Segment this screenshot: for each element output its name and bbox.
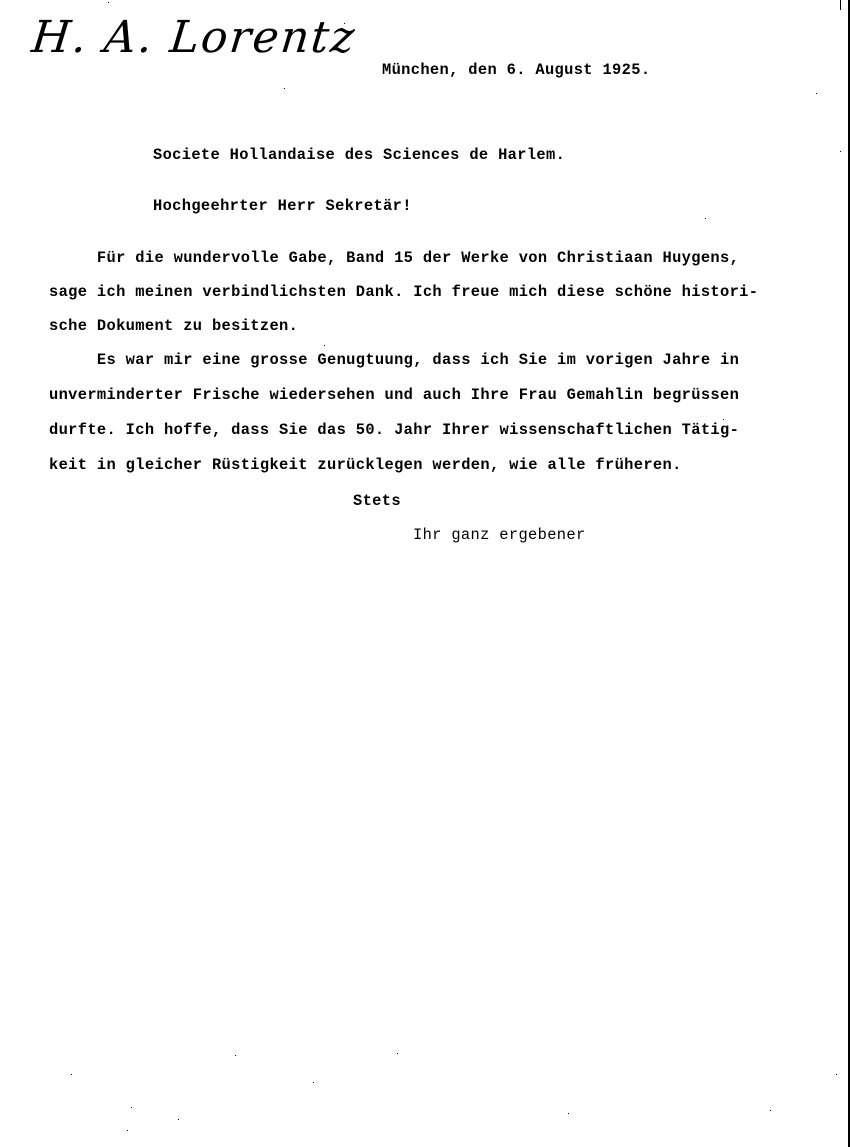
scan-speck [840,151,841,152]
scan-speck [284,88,285,89]
handwritten-annotation: H. A. Lorentz [29,12,358,63]
body-line: keit in gleicher Rüstigkeit zurücklegen … [49,458,682,473]
scan-speck [836,1074,837,1075]
scan-speck [397,1053,398,1054]
scan-speck [324,345,325,346]
scan-speck [313,1082,314,1083]
page-edge-mark [840,0,841,10]
body-line: Für die wundervolle Gabe, Band 15 der We… [49,251,739,266]
scan-speck [235,1055,236,1056]
body-line: Es war mir eine grosse Genugtuung, dass … [49,353,739,368]
body-line: unverminderter Frische wiedersehen und a… [49,388,739,403]
body-line: sche Dokument zu besitzen. [49,319,298,334]
scan-speck [131,1107,132,1108]
scan-speck [770,1110,771,1111]
scan-speck [108,2,109,3]
date-line: München, den 6. August 1925. [382,63,650,78]
closing: Stets [353,494,401,509]
scan-speck [816,93,817,94]
addressee: Societe Hollandaise des Sciences de Harl… [153,148,565,163]
scan-speck [127,1130,128,1131]
body-line: durfte. Ich hoffe, dass Sie das 50. Jahr… [49,423,739,438]
body-line: sage ich meinen verbindlichsten Dank. Ic… [49,285,758,300]
scan-speck [705,218,706,219]
scan-speck [71,1074,72,1075]
scan-speck [723,419,724,420]
signoff: Ihr ganz ergebener [413,528,586,543]
scan-speck [344,23,345,24]
scan-speck [568,1113,569,1114]
salutation: Hochgeehrter Herr Sekretär! [153,199,412,214]
scan-speck [178,1119,179,1120]
